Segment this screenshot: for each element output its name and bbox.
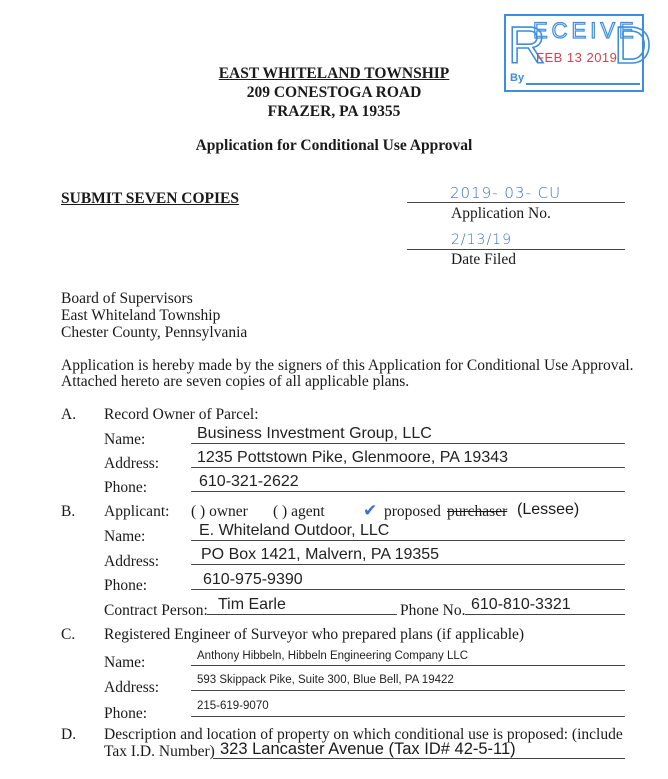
engineer-phone-label: Phone:	[104, 705, 147, 723]
section-a-letter: A.	[61, 406, 76, 424]
submit-notice: SUBMIT SEVEN COPIES	[61, 190, 239, 208]
option-proposed-label: proposed	[384, 503, 441, 521]
section-b-title: Applicant:	[104, 503, 169, 521]
option-lessee-label: (Lessee)	[517, 501, 579, 519]
applicant-phone-line	[191, 589, 625, 590]
checkmark-icon[interactable]: ✔	[363, 501, 377, 521]
addressee-line-2: East Whiteland Township	[61, 307, 220, 325]
owner-address-field[interactable]: 1235 Pottstown Pike, Glenmoore, PA 19343	[197, 449, 508, 467]
stamp-date: FEB 13 2019	[536, 50, 617, 65]
engineer-address-label: Address:	[104, 679, 159, 697]
applicant-phone-field[interactable]: 610-975-9390	[203, 571, 303, 589]
section-d-letter: D.	[61, 726, 76, 744]
owner-phone-line	[191, 491, 625, 492]
applicant-address-label: Address:	[104, 553, 159, 571]
addressee-line-1: Board of Supervisors	[61, 290, 193, 308]
engineer-name-label: Name:	[104, 654, 145, 672]
engineer-name-line	[191, 665, 625, 666]
applicant-name-line	[191, 540, 625, 541]
owner-address-line	[191, 467, 625, 468]
section-d-title-line-2: Tax I.D. Number)	[104, 743, 215, 761]
owner-address-label: Address:	[104, 455, 159, 473]
date-filed-line	[407, 249, 625, 250]
applicant-address-field[interactable]: PO Box 1421, Malvern, PA 19355	[201, 546, 439, 564]
date-filed-value[interactable]: 2/13/19	[451, 232, 512, 248]
application-no-value[interactable]: 2019- 03- CU	[450, 184, 561, 202]
applicant-address-line	[191, 564, 625, 565]
contact-person-line	[207, 614, 397, 615]
intro-line-2: Attached hereto are seven copies of all …	[61, 373, 409, 391]
applicant-name-label: Name:	[104, 528, 145, 546]
township-street: 209 CONESTOGA ROAD	[0, 84, 668, 102]
applicant-name-field[interactable]: E. Whiteland Outdoor, LLC	[199, 522, 389, 540]
engineer-address-field[interactable]: 593 Skippack Pike, Suite 300, Blue Bell,…	[197, 674, 454, 686]
engineer-name-field[interactable]: Anthony Hibbeln, Hibbeln Engineering Com…	[197, 650, 468, 662]
section-b-letter: B.	[61, 503, 75, 521]
section-c-letter: C.	[61, 626, 75, 644]
date-filed-label: Date Filed	[451, 251, 516, 269]
application-no-line	[407, 202, 625, 203]
application-no-label: Application No.	[451, 205, 551, 223]
form-title: Application for Conditional Use Approval	[0, 137, 668, 155]
addressee-line-3: Chester County, Pennsylvania	[61, 324, 247, 342]
property-description-line	[213, 758, 625, 759]
contact-phone-field[interactable]: 610-810-3321	[471, 596, 571, 614]
property-description-field[interactable]: 323 Lancaster Avenue (Tax ID# 42-5-11)	[220, 740, 516, 759]
option-purchaser-struck: purchaser	[447, 503, 507, 521]
section-a-title: Record Owner of Parcel:	[104, 406, 259, 424]
engineer-address-line	[191, 690, 625, 691]
township-city: FRAZER, PA 19355	[0, 103, 668, 121]
owner-phone-field[interactable]: 610-321-2622	[199, 473, 299, 491]
owner-name-field[interactable]: Business Investment Group, LLC	[197, 425, 432, 443]
township-name: EAST WHITELAND TOWNSHIP	[0, 65, 668, 83]
applicant-phone-label: Phone:	[104, 577, 147, 595]
option-agent-checkbox[interactable]: ( ) agent	[273, 503, 325, 521]
owner-phone-label: Phone:	[104, 479, 147, 497]
engineer-phone-field[interactable]: 215-619-9070	[197, 700, 269, 712]
owner-name-line	[191, 443, 625, 444]
contact-phone-label: Phone No.	[400, 602, 465, 620]
option-owner-checkbox[interactable]: ( ) owner	[191, 503, 248, 521]
contact-person-label: Contract Person:	[104, 602, 208, 620]
owner-name-label: Name:	[104, 431, 145, 449]
contact-person-field[interactable]: Tim Earle	[218, 596, 286, 614]
contact-phone-line	[465, 614, 625, 615]
engineer-phone-line	[191, 716, 625, 717]
section-c-title: Registered Engineer of Surveyor who prep…	[104, 626, 524, 644]
